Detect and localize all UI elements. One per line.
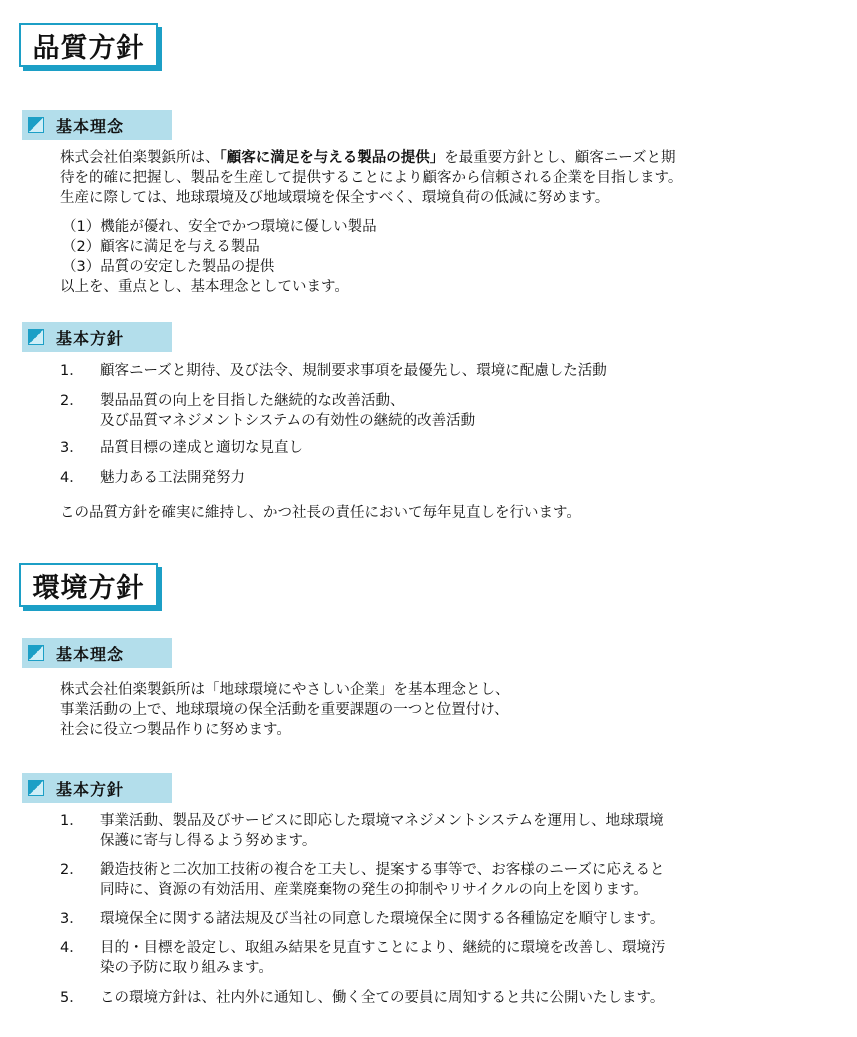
item-text: 製品品質の向上を目指した継続的な改善活動、 bbox=[100, 391, 475, 411]
quality-philosophy-header: 基本理念 bbox=[22, 110, 172, 140]
quality-policy-list: 4． 魅力ある工法開発努力 bbox=[60, 468, 245, 488]
environment-philosophy-text: 株式会社伯楽製鋲所は「地球環境にやさしい企業」を基本理念とし、 事業活動の上で、… bbox=[60, 680, 510, 740]
environment-policy-list: 2． 鍛造技術と二次加工技術の複合を工夫し、提案する事等で、お客様のニーズに応え… bbox=[60, 860, 664, 900]
section-heading: 基本理念 bbox=[56, 642, 124, 665]
environment-policy-title-text: 環境方針 bbox=[33, 566, 145, 605]
list-item: 2． 製品品質の向上を目指した継続的な改善活動、 及び品質マネジメントシステムの… bbox=[60, 391, 475, 431]
item-number: 4． bbox=[60, 938, 100, 978]
paragraph-line: 待を的確に把握し、製品を生産して提供することにより顧客から信頼される企業を目指し… bbox=[60, 168, 682, 188]
section-heading: 基本方針 bbox=[56, 326, 124, 349]
intro-text: 株式会社伯楽製鋲所は、 bbox=[60, 150, 220, 166]
quality-philosophy-closing: 以上を、重点とし、基本理念としています。 bbox=[60, 277, 349, 297]
item-text: 同時に、資源の有効活用、産業廃棄物の発生の抑制やリサイクルの向上を図ります。 bbox=[100, 880, 664, 900]
quality-policy-closing: この品質方針を確実に維持し、かつ社長の責任において毎年見直しを行います。 bbox=[60, 503, 581, 523]
quality-points-list: （1）機能が優れ、安全でかつ環境に優しい製品 （2）顧客に満足を与える製品 （3… bbox=[62, 217, 377, 277]
environment-policy-list: 3． 環境保全に関する諸法規及び当社の同意した環境保全に関する各種協定を順守しま… bbox=[60, 909, 664, 929]
section-square-icon bbox=[28, 645, 44, 661]
environment-policy-list: 4． 目的・目標を設定し、取組み結果を見直すことにより、継続的に環境を改善し、環… bbox=[60, 938, 666, 978]
list-item: 4． 魅力ある工法開発努力 bbox=[60, 468, 245, 488]
environment-policy-title: 環境方針 bbox=[19, 563, 158, 607]
environment-policy-list: 5． この環境方針は、社内外に通知し、働く全ての要員に周知すると共に公開いたしま… bbox=[60, 988, 664, 1008]
intro-text-cont: を最重要方針とし、顧客ニーズと期 bbox=[444, 150, 675, 166]
item-number: 2． bbox=[60, 860, 100, 900]
item-number: 2． bbox=[60, 391, 100, 431]
item-text: 目的・目標を設定し、取組み結果を見直すことにより、継続的に環境を改善し、環境汚 bbox=[100, 938, 666, 958]
section-heading: 基本方針 bbox=[56, 777, 124, 800]
item-number: 4． bbox=[60, 468, 100, 488]
environment-policy-header: 基本方針 bbox=[22, 773, 172, 803]
item-text: 保護に寄与し得るよう努めます。 bbox=[100, 831, 664, 851]
item-text: この環境方針は、社内外に通知し、働く全ての要員に周知すると共に公開いたします。 bbox=[100, 988, 664, 1008]
item-text: 環境保全に関する諸法規及び当社の同意した環境保全に関する各種協定を順守します。 bbox=[100, 909, 664, 929]
item-number: 3． bbox=[60, 909, 100, 929]
section-square-icon bbox=[28, 117, 44, 133]
section-square-icon bbox=[28, 780, 44, 796]
paragraph-line: 事業活動の上で、地球環境の保全活動を重要課題の一つと位置付け、 bbox=[60, 700, 510, 720]
environment-philosophy-header: 基本理念 bbox=[22, 638, 172, 668]
list-item: 1． 事業活動、製品及びサービスに即応した環境マネジメントシステムを運用し、地球… bbox=[60, 811, 664, 851]
quality-policy-header: 基本方針 bbox=[22, 322, 172, 352]
section-square-icon bbox=[28, 329, 44, 345]
paragraph-line: 株式会社伯楽製鋲所は「地球環境にやさしい企業」を基本理念とし、 bbox=[60, 680, 510, 700]
paragraph-line: 社会に役立つ製品作りに努めます。 bbox=[60, 720, 510, 740]
item-text: 事業活動、製品及びサービスに即応した環境マネジメントシステムを運用し、地球環境 bbox=[100, 811, 664, 831]
item-text: 及び品質マネジメントシステムの有効性の継続的改善活動 bbox=[100, 411, 475, 431]
paragraph-line: 生産に際しては、地球環境及び地域環境を保全すべく、環境負荷の低減に努めます。 bbox=[60, 188, 682, 208]
list-item: 3． 品質目標の達成と適切な見直し bbox=[60, 438, 303, 458]
quality-policy-list: 1． 顧客ニーズと期待、及び法令、規制要求事項を最優先し、環境に配慮した活動 bbox=[60, 361, 607, 381]
item-number: 1． bbox=[60, 811, 100, 851]
quality-policy-title-text: 品質方針 bbox=[33, 26, 145, 65]
list-item: （2）顧客に満足を与える製品 bbox=[62, 237, 377, 257]
list-item: 1． 顧客ニーズと期待、及び法令、規制要求事項を最優先し、環境に配慮した活動 bbox=[60, 361, 607, 381]
list-item: 3． 環境保全に関する諸法規及び当社の同意した環境保全に関する各種協定を順守しま… bbox=[60, 909, 664, 929]
item-text: 鍛造技術と二次加工技術の複合を工夫し、提案する事等で、お客様のニーズに応えると bbox=[100, 860, 664, 880]
list-item: 4． 目的・目標を設定し、取組み結果を見直すことにより、継続的に環境を改善し、環… bbox=[60, 938, 666, 978]
item-text: 染の予防に取り組みます。 bbox=[100, 958, 666, 978]
quality-policy-title: 品質方針 bbox=[19, 23, 158, 67]
quality-philosophy-text: 株式会社伯楽製鋲所は、「顧客に満足を与える製品の提供」を最重要方針とし、顧客ニー… bbox=[60, 148, 682, 208]
item-number: 1． bbox=[60, 361, 100, 381]
item-text: 品質目標の達成と適切な見直し bbox=[100, 438, 303, 458]
list-item: 5． この環境方針は、社内外に通知し、働く全ての要員に周知すると共に公開いたしま… bbox=[60, 988, 664, 1008]
item-number: 5． bbox=[60, 988, 100, 1008]
item-number: 3． bbox=[60, 438, 100, 458]
list-item: （1）機能が優れ、安全でかつ環境に優しい製品 bbox=[62, 217, 377, 237]
environment-policy-list: 1． 事業活動、製品及びサービスに即応した環境マネジメントシステムを運用し、地球… bbox=[60, 811, 664, 851]
section-heading: 基本理念 bbox=[56, 114, 124, 137]
item-text: 魅力ある工法開発努力 bbox=[100, 468, 245, 488]
intro-emphasis: 「顧客に満足を与える製品の提供」 bbox=[220, 150, 445, 166]
quality-policy-list: 3． 品質目標の達成と適切な見直し bbox=[60, 438, 303, 458]
list-item: （3）品質の安定した製品の提供 bbox=[62, 257, 377, 277]
list-item: 2． 鍛造技術と二次加工技術の複合を工夫し、提案する事等で、お客様のニーズに応え… bbox=[60, 860, 664, 900]
quality-policy-list: 2． 製品品質の向上を目指した継続的な改善活動、 及び品質マネジメントシステムの… bbox=[60, 391, 475, 431]
item-text: 顧客ニーズと期待、及び法令、規制要求事項を最優先し、環境に配慮した活動 bbox=[100, 361, 607, 381]
